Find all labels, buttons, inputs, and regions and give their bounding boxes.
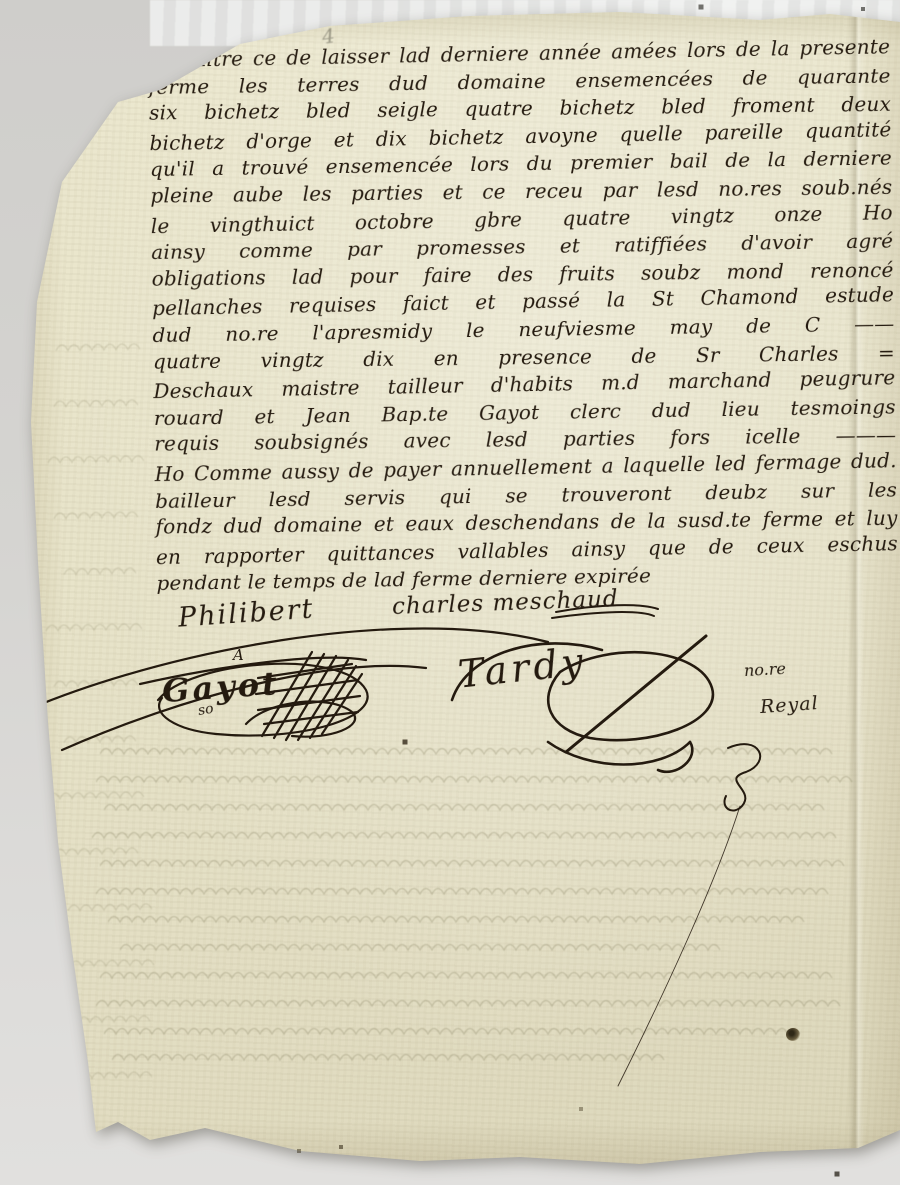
ghost-line	[56, 731, 136, 752]
ghost-line	[40, 451, 144, 473]
gayot-superscript-mark: A	[233, 646, 244, 664]
ghost-line	[46, 787, 144, 809]
ghost-line	[46, 507, 138, 529]
ghost-line	[62, 1011, 150, 1033]
ghost-line	[52, 563, 136, 584]
manuscript-photo: 4 Et oultre ce de laisser lad derniere a…	[0, 0, 900, 1185]
ghost-line	[48, 675, 138, 697]
ghost-line	[60, 899, 152, 921]
ghost-line	[58, 1067, 152, 1089]
paper-sheet: 4 Et oultre ce de laisser lad derniere a…	[0, 0, 900, 1185]
ghost-line	[42, 619, 142, 641]
ghost-line	[50, 395, 138, 417]
paper-sheet-shadow: 4 Et oultre ce de laisser lad derniere a…	[0, 0, 900, 1185]
ghost-line	[54, 955, 154, 977]
notary-title-line1: no.re	[744, 659, 787, 680]
paper-stain	[16, 1086, 80, 1148]
notary-title-line2: Reyal	[759, 692, 819, 718]
ink-specks	[0, 0, 2, 2]
gayot-subscript-mark: so	[197, 701, 215, 719]
main-text-block: Et oultre ce de laisser lad derniere ann…	[148, 34, 899, 597]
ghost-line	[44, 339, 140, 361]
paper-hole	[786, 1028, 800, 1041]
ghost-line	[52, 843, 138, 864]
